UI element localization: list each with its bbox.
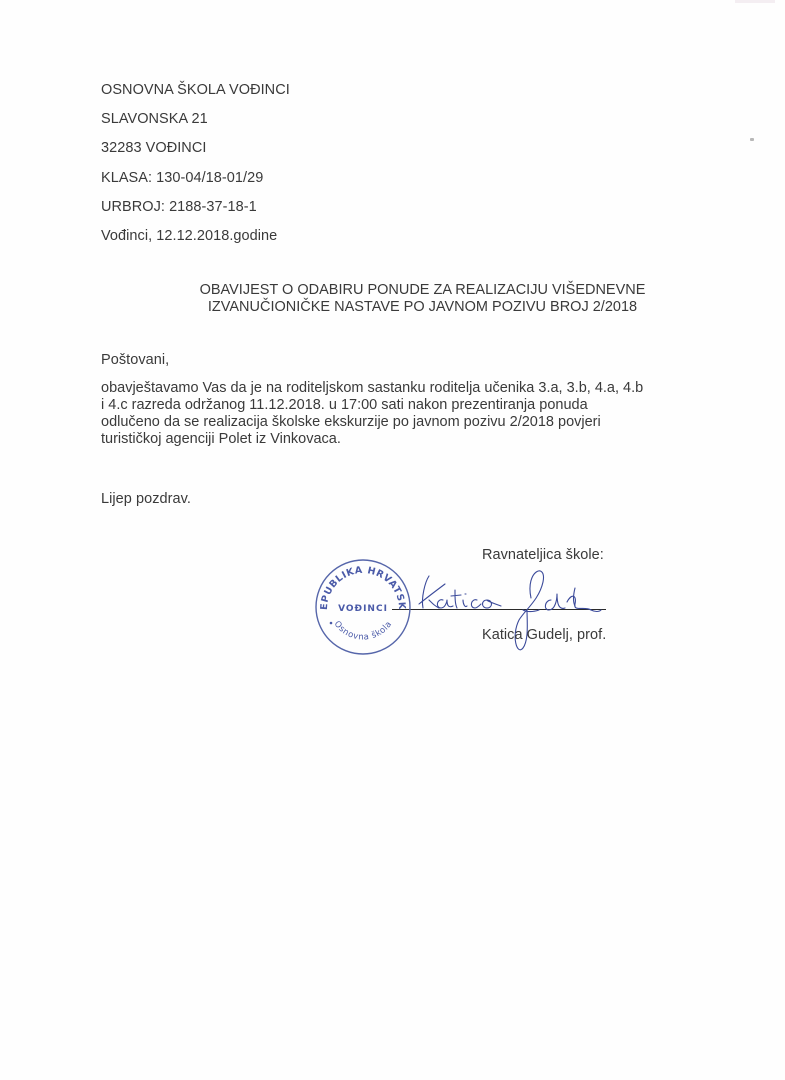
signer-name: Katica Gudelj, prof. — [482, 627, 606, 643]
title-line-2: IZVANUČIONIČKE NASTAVE PO JAVNOM POZIVU … — [0, 299, 785, 316]
urbroj-number: URBROJ: 2188-37-18-1 — [101, 199, 257, 215]
body-line: odlučeno da se realizacija školske eksku… — [101, 414, 641, 431]
title-line-1: OBAVIJEST O ODABIRU PONUDE ZA REALIZACIJ… — [0, 282, 785, 299]
body-line: i 4.c razreda održanog 11.12.2018. u 17:… — [101, 397, 641, 414]
school-name: OSNOVNA ŠKOLA VOĐINCI — [101, 82, 290, 98]
document-title: OBAVIJEST O ODABIRU PONUDE ZA REALIZACIJ… — [0, 282, 785, 316]
school-street: SLAVONSKA 21 — [101, 111, 208, 127]
body-paragraph: obavještavamo Vas da je na roditeljskom … — [101, 380, 641, 448]
svg-text:VOĐINCI: VOĐINCI — [338, 604, 388, 614]
scan-speck — [750, 138, 754, 141]
body-line: obavještavamo Vas da je na roditeljskom … — [101, 380, 641, 397]
place-date: Vođinci, 12.12.2018.godine — [101, 228, 277, 244]
scan-artifact — [735, 0, 775, 3]
svg-text:Osnovna škola: Osnovna škola — [332, 619, 395, 642]
closing: Lijep pozdrav. — [101, 491, 191, 507]
salutation: Poštovani, — [101, 352, 169, 368]
school-postal-city: 32283 VOĐINCI — [101, 140, 206, 156]
handwritten-signature — [415, 560, 615, 660]
body-line: turističkoj agenciji Polet iz Vinkovaca. — [101, 431, 641, 448]
klasa-number: KLASA: 130-04/18-01/29 — [101, 170, 263, 186]
school-stamp: REPUBLIKA HRVATSKA VOĐINCI Osnovna škola — [313, 557, 413, 657]
document-page: OSNOVNA ŠKOLA VOĐINCI SLAVONSKA 21 32283… — [0, 0, 785, 1080]
svg-text:REPUBLIKA HRVATSKA: REPUBLIKA HRVATSKA — [313, 557, 407, 610]
